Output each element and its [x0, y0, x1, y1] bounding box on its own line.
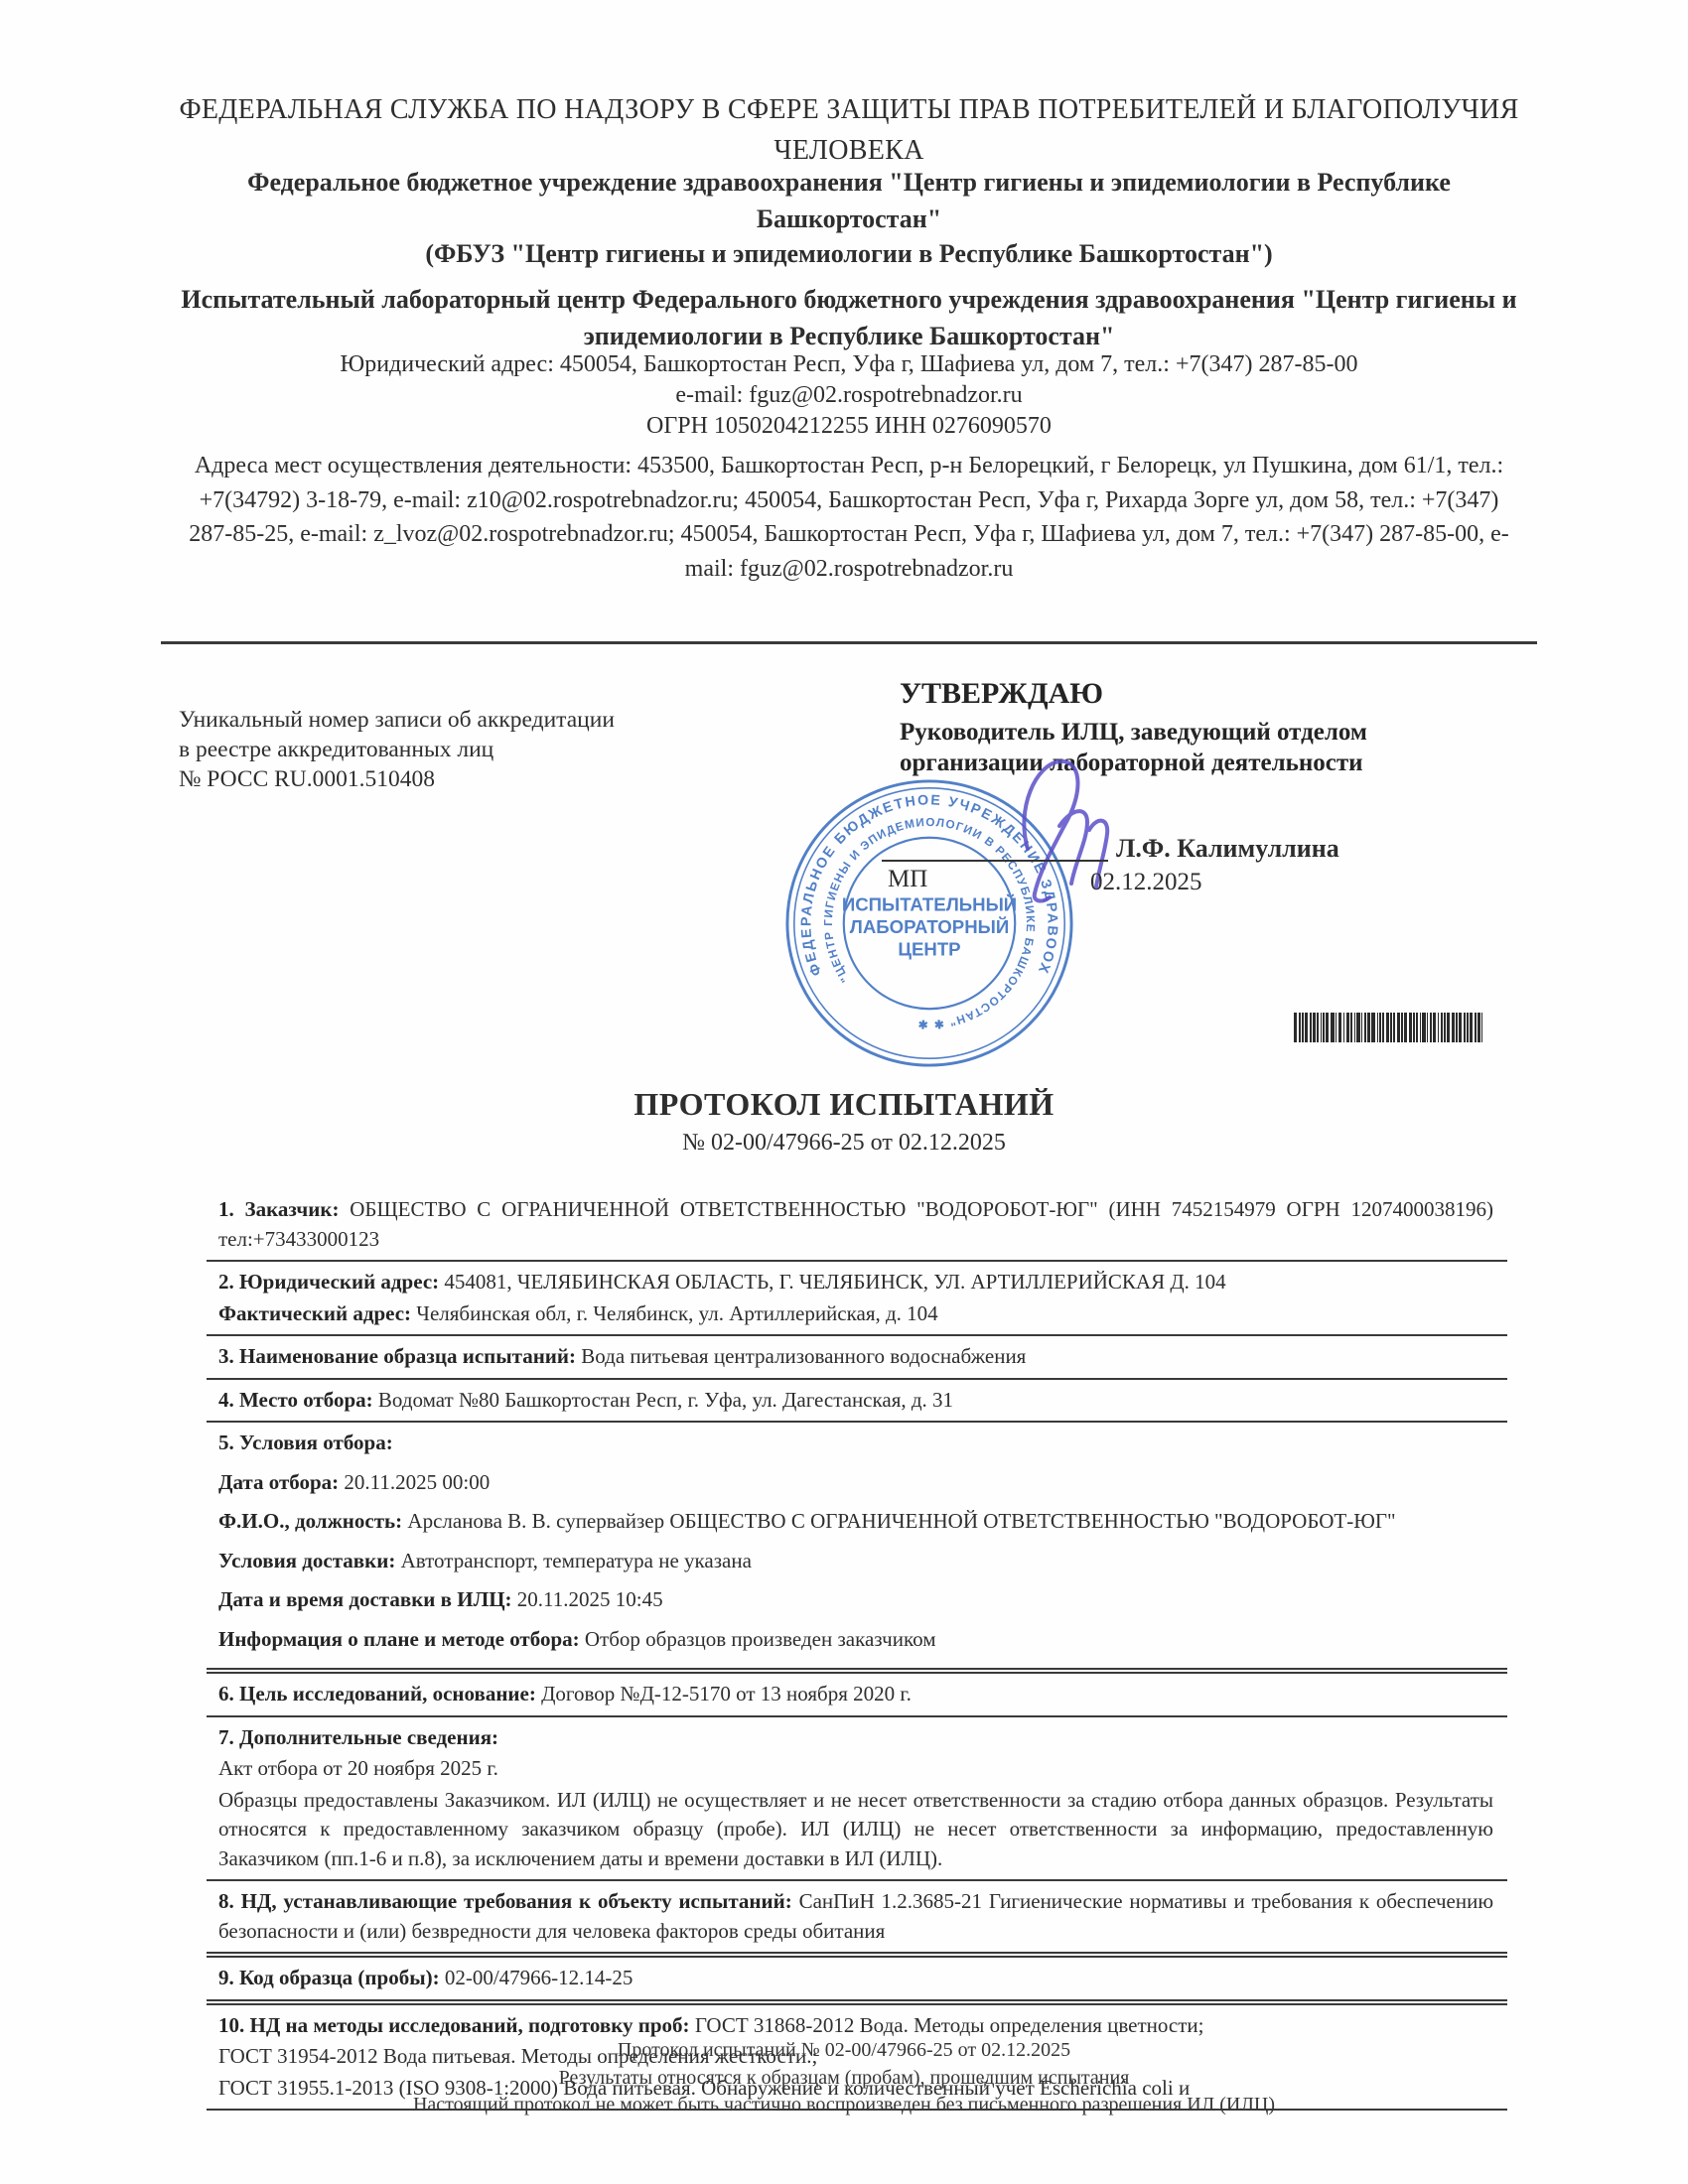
- barcode-bar: [1367, 1013, 1370, 1042]
- barcode-bar: [1467, 1013, 1469, 1042]
- section-7-value: Образцы предоставлены Заказчиком. ИЛ (ИЛ…: [218, 1788, 1493, 1870]
- agency-name: ФЕДЕРАЛЬНАЯ СЛУЖБА ПО НАДЗОРУ В СФЕРЕ ЗА…: [179, 89, 1519, 171]
- barcode-bar: [1371, 1013, 1374, 1042]
- section-6-label: 6. Цель исследований, основание:: [218, 1682, 536, 1706]
- barcode-bar: [1430, 1013, 1432, 1042]
- barcode-bar: [1350, 1013, 1352, 1042]
- header-divider: [161, 641, 1537, 644]
- section-5-value: 20.11.2025 10:45: [517, 1587, 663, 1611]
- testing-lab-center-name: Испытательный лабораторный центр Федерал…: [179, 281, 1519, 354]
- barcode-bar: [1338, 1013, 1341, 1042]
- section-7-paragraph: 7. Дополнительные сведения:: [218, 1723, 1493, 1753]
- mp-seal-label: МП: [888, 866, 927, 893]
- document-title: ПРОТОКОЛ ИСПЫТАНИЙ: [0, 1086, 1688, 1123]
- approve-label: УТВЕРЖДАЮ: [900, 677, 1103, 711]
- barcode-bar: [1427, 1013, 1429, 1042]
- activity-addresses: Адреса мест осуществления деятельности: …: [179, 449, 1519, 586]
- barcode-bar: [1475, 1013, 1477, 1042]
- accreditation-number: № РОСС RU.0001.510408: [179, 764, 615, 794]
- barcode-bar: [1477, 1013, 1480, 1042]
- barcode-bar: [1422, 1013, 1425, 1042]
- section-2-paragraph: 2. Юридический адрес: 454081, ЧЕЛЯБИНСКА…: [218, 1268, 1493, 1297]
- section-1: 1. Заказчик: ОБЩЕСТВО С ОГРАНИЧЕННОЙ ОТВ…: [207, 1189, 1507, 1262]
- section-7: 7. Дополнительные сведения:Акт отбора от…: [207, 1717, 1507, 1882]
- section-5-paragraph: Ф.И.О., должность: Арсланова В. В. супер…: [218, 1507, 1493, 1537]
- section-8-label: 8. НД, устанавливающие требования к объе…: [218, 1889, 792, 1913]
- section-2-value: 454081, ЧЕЛЯБИНСКАЯ ОБЛАСТЬ, Г. ЧЕЛЯБИНС…: [444, 1270, 1225, 1294]
- barcode-bar: [1317, 1013, 1319, 1042]
- section-5: 5. Условия отбора:Дата отбора: 20.11.202…: [207, 1423, 1507, 1674]
- barcode-bar: [1361, 1013, 1363, 1042]
- barcode-bar: [1459, 1013, 1462, 1042]
- barcode-bar: [1346, 1013, 1349, 1042]
- accreditation-line2: в реестре аккредитованных лиц: [179, 735, 615, 764]
- section-5-label: Условия доставки:: [218, 1549, 395, 1572]
- barcode-bar: [1447, 1013, 1450, 1042]
- section-5-label: Дата и время доставки в ИЛЦ:: [218, 1587, 512, 1611]
- legal-address: Юридический адрес: 450054, Башкортостан …: [179, 349, 1519, 380]
- barcode-bar: [1331, 1013, 1334, 1042]
- section-5-value: Автотранспорт, температура не указана: [401, 1549, 752, 1572]
- section-5-label: 5. Условия отбора:: [218, 1431, 393, 1454]
- section-7-label: 7. Дополнительные сведения:: [218, 1725, 498, 1749]
- section-5-value: Арсланова В. В. супервайзер ОБЩЕСТВО С О…: [407, 1509, 1395, 1533]
- barcode-bar: [1302, 1013, 1304, 1042]
- section-2-value: Челябинская обл, г. Челябинск, ул. Артил…: [416, 1301, 937, 1325]
- barcode-bar: [1413, 1013, 1415, 1042]
- barcode-bar: [1444, 1013, 1446, 1042]
- section-10-paragraph: 10. НД на методы исследований, подготовк…: [218, 2011, 1493, 2041]
- barcode-bar: [1404, 1013, 1407, 1042]
- barcode-bar: [1438, 1013, 1440, 1042]
- section-3-label: 3. Наименование образца испытаний:: [218, 1344, 576, 1368]
- section-2-label: 2. Юридический адрес:: [218, 1270, 439, 1294]
- approver-name: Л.Ф. Калимуллина: [1116, 834, 1339, 864]
- barcode-bar: [1356, 1013, 1359, 1042]
- barcode-bar: [1299, 1013, 1301, 1042]
- section-7-value: Акт отбора от 20 ноября 2025 г.: [218, 1756, 498, 1780]
- section-5-label: Информация о плане и методе отбора:: [218, 1627, 580, 1651]
- approver-title-line1: Руководитель ИЛЦ, заведующий отделом: [900, 717, 1367, 748]
- section-3-paragraph: 3. Наименование образца испытаний: Вода …: [218, 1342, 1493, 1372]
- barcode-bar: [1321, 1013, 1323, 1042]
- organization-full-name: Федеральное бюджетное учреждение здравоо…: [179, 164, 1519, 237]
- accreditation-line1: Уникальный номер записи об аккредитации: [179, 705, 615, 735]
- barcode-bar: [1305, 1013, 1308, 1042]
- stamp-center-line3: ЦЕНТР: [898, 938, 960, 959]
- section-5-paragraph: Дата отбора: 20.11.2025 00:00: [218, 1468, 1493, 1498]
- section-5-paragraph: Условия доставки: Автотранспорт, темпера…: [218, 1547, 1493, 1576]
- barcode-bar: [1343, 1013, 1345, 1042]
- document-number: № 02-00/47966-25 от 02.12.2025: [0, 1130, 1688, 1157]
- section-5-paragraph: Дата и время доставки в ИЛЦ: 20.11.2025 …: [218, 1585, 1493, 1615]
- section-10-label: 10. НД на методы исследований, подготовк…: [218, 2013, 690, 2037]
- footer-reproduction-note: Настоящий протокол не может быть частичн…: [0, 2092, 1688, 2119]
- barcode-bar: [1336, 1013, 1337, 1042]
- section-9-paragraph: 9. Код образца (пробы): 02-00/47966-12.1…: [218, 1964, 1493, 1993]
- section-7-paragraph: Образцы предоставлены Заказчиком. ИЛ (ИЛ…: [218, 1786, 1493, 1874]
- section-6-value: Договор №Д-12-5170 от 13 ноября 2020 г.: [541, 1682, 912, 1706]
- section-4: 4. Место отбора: Водомат №80 Башкортоста…: [207, 1380, 1507, 1424]
- section-5-label: Дата отбора:: [218, 1470, 339, 1494]
- barcode-bar: [1441, 1013, 1443, 1042]
- barcode-bar: [1323, 1013, 1325, 1042]
- footer-results-note: Результаты относятся к образцам (пробам)…: [0, 2065, 1688, 2093]
- barcode-bar: [1313, 1013, 1316, 1042]
- barcode-bar: [1456, 1013, 1458, 1042]
- section-6: 6. Цель исследований, основание: Договор…: [207, 1674, 1507, 1717]
- section-5-label: Ф.И.О., должность:: [218, 1509, 402, 1533]
- barcode: [1294, 1013, 1482, 1042]
- footer-protocol-ref: Протокол испытаний № 02-00/47966-25 от 0…: [0, 2037, 1688, 2065]
- section-1-paragraph: 1. Заказчик: ОБЩЕСТВО С ОГРАНИЧЕННОЙ ОТВ…: [218, 1195, 1493, 1254]
- section-4-label: 4. Место отбора:: [218, 1388, 373, 1412]
- section-9-label: 9. Код образца (пробы):: [218, 1966, 440, 1989]
- barcode-bar: [1470, 1013, 1473, 1042]
- barcode-bar: [1379, 1013, 1381, 1042]
- ogrn-inn-line: ОГРН 1050204212255 ИНН 0276090570: [179, 411, 1519, 442]
- section-1-label: 1. Заказчик:: [218, 1197, 339, 1221]
- email-line: e-mail: fguz@02.rospotrebnadzor.ru: [179, 380, 1519, 411]
- protocol-document-page: ФЕДЕРАЛЬНАЯ СЛУЖБА ПО НАДЗОРУ В СФЕРЕ ЗА…: [0, 0, 1688, 2184]
- section-3: 3. Наименование образца испытаний: Вода …: [207, 1336, 1507, 1380]
- stamp-center-line2: ЛАБОРАТОРНЫЙ: [850, 916, 1009, 937]
- barcode-bar: [1386, 1013, 1389, 1042]
- section-5-value: Отбор образцов произведен заказчиком: [585, 1627, 936, 1651]
- barcode-bar: [1354, 1013, 1356, 1042]
- barcode-bar: [1416, 1013, 1418, 1042]
- section-8: 8. НД, устанавливающие требования к объе…: [207, 1881, 1507, 1958]
- stamp-center-line1: ИСПЫТАТЕЛЬНЫЙ: [842, 893, 1017, 914]
- barcode-bar: [1481, 1013, 1482, 1042]
- section-7-paragraph: Акт отбора от 20 ноября 2025 г.: [218, 1754, 1493, 1784]
- barcode-bar: [1464, 1013, 1466, 1042]
- barcode-bar: [1294, 1013, 1297, 1042]
- section-9-value: 02-00/47966-12.14-25: [445, 1966, 633, 1989]
- sections: 1. Заказчик: ОБЩЕСТВО С ОГРАНИЧЕННОЙ ОТВ…: [207, 1189, 1507, 2111]
- section-2-label: Фактический адрес:: [218, 1301, 411, 1325]
- approve-date: 02.12.2025: [1090, 869, 1202, 896]
- section-9: 9. Код образца (пробы): 02-00/47966-12.1…: [207, 1958, 1507, 2005]
- accreditation-block: Уникальный номер записи об аккредитации …: [179, 705, 615, 794]
- barcode-bar: [1310, 1013, 1312, 1042]
- section-3-value: Вода питьевая централизованного водоснаб…: [581, 1344, 1026, 1368]
- section-6-paragraph: 6. Цель исследований, основание: Договор…: [218, 1680, 1493, 1709]
- barcode-bar: [1382, 1013, 1384, 1042]
- barcode-bar: [1377, 1013, 1379, 1042]
- contact-block: Юридический адрес: 450054, Башкортостан …: [179, 349, 1519, 442]
- barcode-bar: [1397, 1013, 1400, 1042]
- barcode-bar: [1433, 1013, 1436, 1042]
- barcode-bar: [1364, 1013, 1366, 1042]
- section-2: 2. Юридический адрес: 454081, ЧЕЛЯБИНСКА…: [207, 1262, 1507, 1336]
- section-2-paragraph: Фактический адрес: Челябинская обл, г. Ч…: [218, 1299, 1493, 1329]
- section-4-paragraph: 4. Место отбора: Водомат №80 Башкортоста…: [218, 1386, 1493, 1416]
- section-4-value: Водомат №80 Башкортостан Респ, г. Уфа, у…: [378, 1388, 953, 1412]
- barcode-bar: [1452, 1013, 1455, 1042]
- section-5-value: 20.11.2025 00:00: [344, 1470, 490, 1494]
- barcode-bar: [1390, 1013, 1392, 1042]
- organization-short-name: (ФБУЗ "Центр гигиены и эпидемиологии в Р…: [179, 239, 1519, 269]
- barcode-bar: [1401, 1013, 1403, 1042]
- section-5-paragraph: 5. Условия отбора:: [218, 1429, 1493, 1458]
- barcode-bar: [1326, 1013, 1329, 1042]
- section-10-value: ГОСТ 31868-2012 Вода. Методы определения…: [695, 2013, 1204, 2037]
- signature-line: [882, 860, 1108, 862]
- barcode-bar: [1420, 1013, 1422, 1042]
- section-8-paragraph: 8. НД, устанавливающие требования к объе…: [218, 1887, 1493, 1946]
- barcode-bar: [1393, 1013, 1395, 1042]
- section-5-paragraph: Информация о плане и методе отбора: Отбо…: [218, 1625, 1493, 1655]
- section-1-value: ОБЩЕСТВО С ОГРАНИЧЕННОЙ ОТВЕТСТВЕННОСТЬЮ…: [218, 1197, 1493, 1251]
- page-footer: Протокол испытаний № 02-00/47966-25 от 0…: [0, 2037, 1688, 2119]
- barcode-bar: [1409, 1013, 1412, 1042]
